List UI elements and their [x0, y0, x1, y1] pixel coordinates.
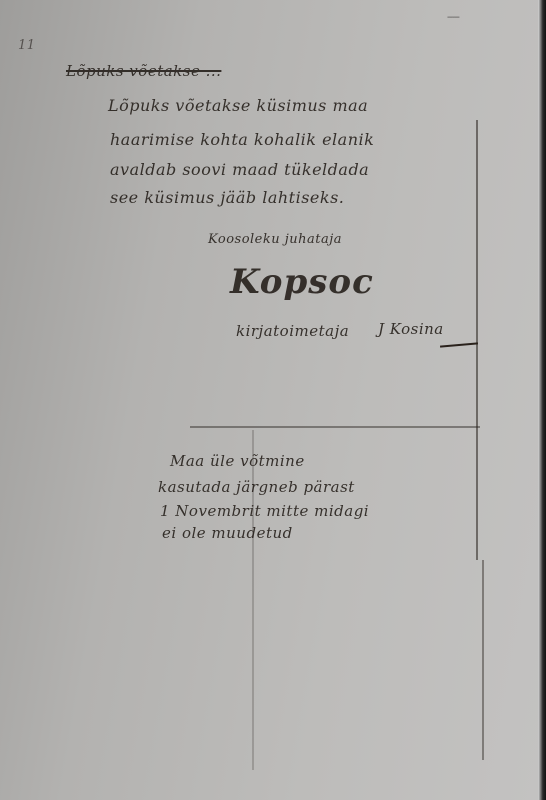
text-line: kasutada järgneb pärast	[158, 478, 355, 496]
section-divider-rule	[190, 426, 480, 428]
text-line: avaldab soovi maad tükeldada	[110, 160, 369, 179]
document-page: ----- 11 Lõpuks võetakse ... Lõpuks võet…	[0, 0, 538, 800]
chairman-label: Koosoleku juhataja	[208, 232, 342, 247]
text-line: Maa üle võtmine	[170, 452, 305, 470]
secretary-signature: J Kosina	[378, 320, 444, 338]
text-line: Lõpuks võetakse küsimus maa	[108, 96, 368, 115]
page-number: 11	[18, 38, 36, 53]
corner-mark: -----	[447, 12, 459, 23]
text-line: haarimise kohta kohalik elanik	[110, 130, 374, 149]
text-line: see küsimus jääb lahtiseks.	[110, 188, 344, 207]
text-line: ei ole muudetud	[162, 524, 293, 542]
text-line: 1 Novembrit mitte midagi	[160, 502, 369, 520]
secretary-label: kirjatoimetaja	[236, 322, 349, 340]
struck-heading: Lõpuks võetakse ...	[66, 62, 221, 80]
photo-edge	[538, 0, 546, 800]
right-margin-rule-lower	[482, 560, 484, 760]
chairman-signature: Kopsoc	[230, 262, 374, 302]
signature-underline	[440, 342, 478, 347]
right-margin-rule	[476, 120, 478, 560]
